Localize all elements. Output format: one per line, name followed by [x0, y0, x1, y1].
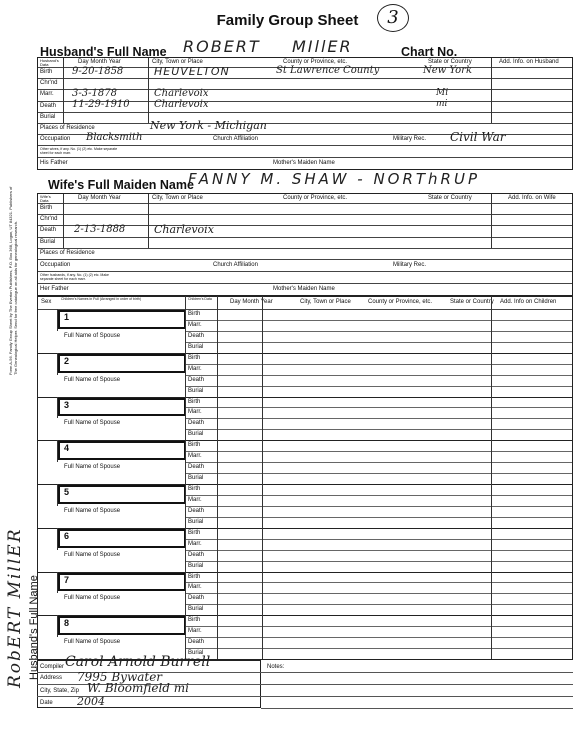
residence-label: Places of Residence: [40, 125, 95, 131]
other-husbands-note: Other husbands, if any. No. (1) (2) etc.…: [40, 273, 120, 281]
spouse-label: Full Name of Spouse: [64, 595, 120, 601]
spouse-label: Full Name of Spouse: [64, 377, 120, 383]
divider: [185, 572, 186, 616]
event-label: Marr.: [188, 497, 202, 503]
her-father-label: Her Father: [40, 286, 69, 292]
child-number: 4: [64, 443, 69, 453]
event-label: Birth: [188, 486, 200, 492]
child-number: 7: [64, 575, 69, 585]
child-name-field[interactable]: 5: [58, 485, 186, 504]
spouse-label: Full Name of Spouse: [64, 464, 120, 470]
husband-section: Husband's Data Day Month Year City, Town…: [37, 57, 573, 170]
event-label: Death: [188, 508, 204, 514]
divider: [262, 296, 263, 659]
event-label: Burial: [188, 563, 203, 569]
children-data-header: Children's Data: [188, 297, 213, 301]
child-name-field[interactable]: 4: [58, 441, 186, 460]
divider: [148, 58, 149, 123]
child-event-row[interactable]: Burial: [186, 561, 572, 572]
event-label: Marr.: [188, 366, 202, 372]
his-father-label: His Father: [40, 160, 68, 166]
birth-city[interactable]: HEUVELTON: [154, 65, 230, 78]
divider: [261, 684, 573, 685]
event-label: Birth: [40, 69, 52, 75]
event-label: Birth: [188, 355, 200, 361]
divider: [217, 296, 218, 659]
child-number: 3: [64, 400, 69, 410]
divider: [491, 194, 492, 248]
military-label: Military Rec.: [393, 262, 426, 268]
sex-header: Sex: [41, 299, 51, 305]
divider: [185, 353, 186, 397]
residence-label: Places of Residence: [40, 250, 95, 256]
event-label: Burial: [188, 519, 203, 525]
event-label: Birth: [188, 574, 200, 580]
spouse-name-field[interactable]: [58, 340, 183, 352]
event-label: Marr.: [188, 409, 202, 415]
military-label: Military Rec.: [393, 136, 426, 142]
names-header: Children's Names in Full (Arranged in or…: [61, 297, 181, 301]
child-name-field[interactable]: 7: [58, 573, 186, 592]
event-label: Death: [188, 639, 204, 645]
compiler-label: Compiler: [40, 664, 64, 670]
divider: [185, 309, 186, 353]
sidebar-husband-label: Husband's Full Name: [28, 575, 40, 680]
divider: [185, 296, 186, 309]
compiler-value[interactable]: Carol Arnold Burrell: [65, 654, 210, 670]
county-header: County or Province, etc.: [283, 195, 347, 201]
divider: [185, 484, 186, 528]
child-event-row[interactable]: Burial: [186, 517, 572, 528]
marr-date[interactable]: 3-3-1878: [72, 88, 117, 99]
state-header: State or Country: [428, 195, 472, 201]
wife-death-city[interactable]: Charlevoix: [154, 223, 214, 236]
event-label: Birth: [188, 311, 200, 317]
event-label: Burial: [188, 431, 203, 437]
city-header: City, Town or Place: [300, 299, 351, 305]
divider: [185, 615, 186, 659]
event-label: Death: [188, 377, 204, 383]
marr-city[interactable]: Charlevoix: [154, 88, 208, 99]
county-header: County or Province, etc.: [368, 299, 432, 305]
death-state[interactable]: mi: [436, 99, 447, 109]
event-label: Death: [40, 103, 56, 109]
birth-state[interactable]: New York: [423, 65, 472, 76]
address-label: Address: [40, 675, 62, 681]
child-name-field[interactable]: 8: [58, 616, 186, 635]
occupation-value[interactable]: Blacksmith: [86, 132, 142, 143]
spouse-name-field[interactable]: [58, 384, 183, 396]
event-label: Marr.: [40, 91, 54, 97]
spouse-name-field[interactable]: [58, 602, 183, 614]
event-label: Birth: [188, 442, 200, 448]
marr-state[interactable]: Mi: [436, 88, 448, 98]
child-event-row[interactable]: Burial: [186, 342, 572, 353]
event-label: Burial: [188, 475, 203, 481]
event-label: Birth: [188, 530, 200, 536]
church-label: Church Affiliation: [213, 262, 258, 268]
child-event-row[interactable]: Burial: [186, 473, 572, 484]
child-event-row[interactable]: Burial: [186, 429, 572, 440]
dmy-header: Day Month Year: [78, 195, 121, 201]
event-label: Chr'nd: [40, 80, 58, 86]
birth-county[interactable]: St Lawrence County: [276, 65, 379, 76]
event-label: Burial: [188, 388, 203, 394]
residence-value[interactable]: New York - Michigan: [150, 119, 267, 132]
church-label: Church Affiliation: [213, 136, 258, 142]
child-name-field[interactable]: 3: [58, 398, 186, 417]
event-label: Marr.: [188, 322, 202, 328]
event-label: Burial: [40, 114, 55, 120]
event-label: Burial: [40, 239, 55, 245]
spouse-name-field[interactable]: [58, 515, 183, 527]
child-name-field[interactable]: 1: [58, 310, 186, 329]
death-city[interactable]: Charlevoix: [154, 99, 208, 110]
event-label: Death: [188, 464, 204, 470]
children-section: Sex Children's Names in Full (Arranged i…: [37, 295, 573, 660]
spouse-name-field[interactable]: [58, 471, 183, 483]
add-info-header: Add. Info on Children: [500, 299, 556, 305]
event-label: Marr.: [188, 453, 202, 459]
spouse-label: Full Name of Spouse: [64, 508, 120, 514]
husband-last-name[interactable]: MIllER: [292, 37, 353, 56]
state-header: State or Country: [450, 299, 494, 305]
husband-parents-row: His Father Mother's Maiden Name: [38, 157, 572, 169]
divider: [261, 696, 573, 697]
wife-section: Wife's Data Day Month Year City, Town or…: [37, 193, 573, 297]
event-label: Chr'nd: [40, 216, 58, 222]
city-state-zip-value[interactable]: W. Bloomfield mi: [87, 681, 189, 695]
child-event-row[interactable]: Burial: [186, 604, 572, 615]
sidebar-husband-name[interactable]: RobERT MillER: [5, 528, 25, 689]
event-label: Marr.: [188, 541, 202, 547]
city-state-zip-label: City, State, Zip: [40, 688, 79, 694]
spouse-name-field[interactable]: [58, 559, 183, 571]
spouse-name-field[interactable]: [58, 427, 183, 439]
notes-label: Notes:: [267, 664, 284, 670]
child-event-row[interactable]: Burial: [186, 648, 572, 659]
add-info-header: Add. Info. on Husband: [499, 59, 559, 65]
compiler-section: Compiler Carol Arnold Burrell Address 79…: [37, 660, 573, 708]
divider: [491, 296, 492, 659]
military-value[interactable]: Civil War: [450, 130, 505, 144]
spouse-label: Full Name of Spouse: [64, 333, 120, 339]
wife-death-date[interactable]: 2-13-1888: [74, 224, 125, 235]
spouse-label: Full Name of Spouse: [64, 420, 120, 426]
child-name-field[interactable]: 2: [58, 354, 186, 373]
birth-date[interactable]: 9-20-1858: [72, 66, 123, 77]
event-label: Death: [188, 552, 204, 558]
divider: [261, 672, 573, 673]
divider: [63, 58, 64, 123]
divider: [63, 194, 64, 248]
divider: [185, 528, 186, 572]
event-label: Birth: [188, 617, 200, 623]
publisher-note: Form A-56. Family Group Sheet by The Eve…: [8, 185, 18, 375]
divider: [185, 397, 186, 441]
event-label: Birth: [188, 399, 200, 405]
divider: [37, 696, 261, 697]
his-mother-label: Mother's Maiden Name: [273, 160, 335, 166]
child-number: 6: [64, 531, 69, 541]
child-number: 2: [64, 356, 69, 366]
death-date[interactable]: 11-29-1910: [72, 99, 130, 110]
city-header: City, Town or Place: [152, 195, 203, 201]
wife-name-label: Wife's Full Maiden Name: [48, 178, 194, 192]
husband-first-name[interactable]: ROBERT: [183, 37, 261, 56]
divider: [148, 194, 149, 248]
event-label: Marr.: [188, 584, 202, 590]
child-event-row[interactable]: Burial: [186, 386, 572, 397]
wife-name[interactable]: FANNY M. SHAW - NORThRUP: [188, 170, 480, 188]
child-name-field[interactable]: 6: [58, 529, 186, 548]
child-number: 8: [64, 618, 69, 628]
date-value[interactable]: 2004: [77, 695, 105, 708]
event-label: Death: [188, 333, 204, 339]
her-mother-label: Mother's Maiden Name: [273, 286, 335, 292]
occupation-label: Occupation: [40, 262, 70, 268]
other-wives-note: Other wives, if any. No. (1) (2) etc. Ma…: [40, 147, 120, 155]
add-info-header: Add. Info. on Wife: [508, 195, 556, 201]
divider: [261, 708, 573, 709]
spouse-label: Full Name of Spouse: [64, 639, 120, 645]
event-label: Death: [40, 227, 56, 233]
child-number: 1: [64, 312, 69, 322]
date-label: Date: [40, 700, 53, 706]
event-label: Death: [188, 595, 204, 601]
dmy-header: Day Month Year: [78, 59, 121, 65]
event-label: Burial: [188, 606, 203, 612]
wife-data-label: Wife's Data: [40, 195, 60, 203]
occupation-label: Occupation: [40, 136, 70, 142]
dmy-header: Day Month Year: [230, 299, 273, 305]
form-title: Family Group Sheet: [0, 12, 575, 29]
divider: [491, 58, 492, 123]
divider: [185, 440, 186, 484]
event-label: Burial: [188, 344, 203, 350]
sheet-number-circled: 3: [377, 4, 409, 32]
event-label: Death: [188, 420, 204, 426]
spouse-label: Full Name of Spouse: [64, 552, 120, 558]
event-label: Birth: [40, 205, 52, 211]
child-number: 5: [64, 487, 69, 497]
event-label: Marr.: [188, 628, 202, 634]
